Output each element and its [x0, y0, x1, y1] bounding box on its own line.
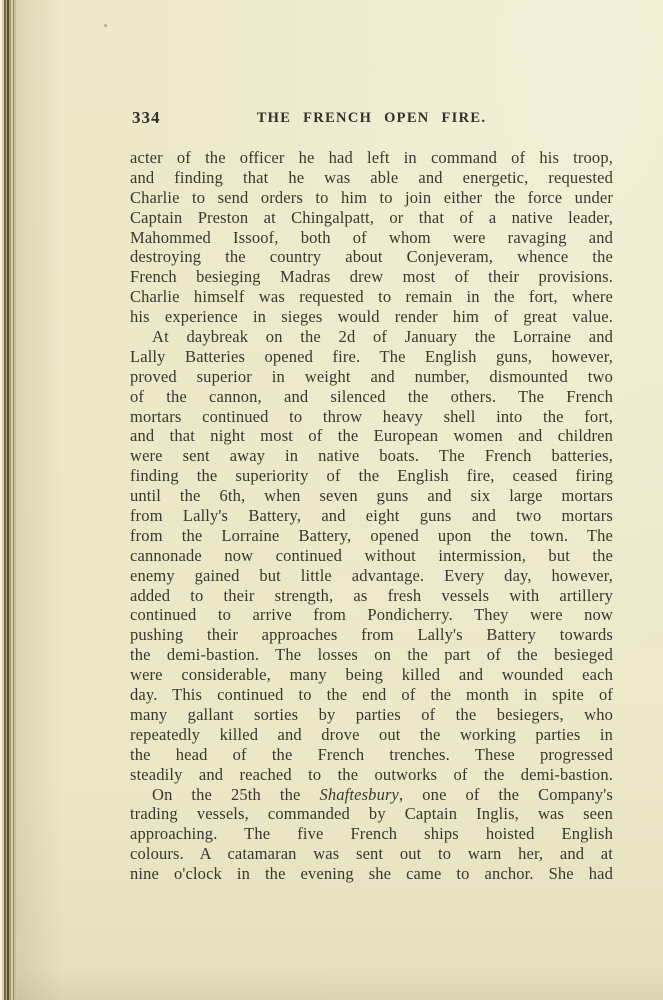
text-line: enemy gained but little advantage. Every…	[130, 566, 613, 586]
text-line: destroying the country about Conjeveram,…	[130, 247, 613, 267]
gutter-shadow	[17, 0, 62, 1000]
text-line: day. This continued to the end of the mo…	[130, 685, 613, 705]
text-line: from the Lorraine Battery, opened upon t…	[130, 526, 613, 546]
text-line: Charlie himself was requested to remain …	[130, 287, 613, 307]
text-line: and finding that he was able and energet…	[130, 168, 613, 188]
text-line: trading vessels, commanded by Captain In…	[130, 804, 613, 824]
text-line: Mahommed Issoof, both of whom were ravag…	[130, 228, 613, 248]
text-line: Lally Batteries opened fire. The English…	[130, 347, 613, 367]
text-line: from Lally's Battery, and eight guns and…	[130, 506, 613, 526]
text-line: many gallant sorties by parties of the b…	[130, 705, 613, 725]
text-line: were sent away in native boats. The Fren…	[130, 446, 613, 466]
book-page: 334 THE FRENCH OPEN FIRE. acter of the o…	[0, 0, 663, 1000]
text-line: the demi-bastion. The losses on the part…	[130, 645, 613, 665]
text-line: approaching. The five French ships hoist…	[130, 824, 613, 844]
text-line: Charlie to send orders to him to join ei…	[130, 188, 613, 208]
text-line: were considerable, many being killed and…	[130, 665, 613, 685]
ship-name-italic: Shaftesbury	[319, 785, 399, 804]
text-line: Captain Preston at Chingalpatt, or that …	[130, 208, 613, 228]
text-line: until the 6th, when seven guns and six l…	[130, 486, 613, 506]
text-line: At daybreak on the 2d of January the Lor…	[130, 327, 613, 347]
text-line: acter of the officer he had left in comm…	[130, 148, 613, 168]
text-segment: On the 25th the	[152, 785, 319, 804]
text-line: of the cannon, and silenced the others. …	[130, 387, 613, 407]
text-line: added to their strength, as fresh vessel…	[130, 586, 613, 606]
text-line: his experience in sieges would render hi…	[130, 307, 613, 327]
text-line: colours. A catamaran was sent out to war…	[130, 844, 613, 864]
text-line: repeatedly killed and drove out the work…	[130, 725, 613, 745]
text-line: On the 25th the Shaftesbury, one of the …	[130, 785, 613, 805]
text-line: pushing their approaches from Lally's Ba…	[130, 625, 613, 645]
text-line: nine o'clock in the evening she came to …	[130, 864, 613, 884]
page-header: 334 THE FRENCH OPEN FIRE.	[130, 108, 613, 128]
page-text-block: acter of the officer he had left in comm…	[130, 148, 613, 884]
text-line: continued to arrive from Pondicherry. Th…	[130, 605, 613, 625]
text-line: proved superior in weight and number, di…	[130, 367, 613, 387]
text-line: mortars continued to throw heavy shell i…	[130, 407, 613, 427]
text-line: cannonade now continued without intermis…	[130, 546, 613, 566]
paper-speck	[104, 24, 107, 27]
text-line: and that night most of the European wome…	[130, 426, 613, 446]
text-line: the head of the French trenches. These p…	[130, 745, 613, 765]
text-line: finding the superiority of the English f…	[130, 466, 613, 486]
text-segment: , one of the Company's	[399, 785, 613, 804]
text-line: French besieging Madras drew most of the…	[130, 267, 613, 287]
running-header-title: THE FRENCH OPEN FIRE.	[130, 110, 613, 127]
text-line: steadily and reached to the outworks of …	[130, 765, 613, 785]
book-binding-edge	[0, 0, 17, 1000]
